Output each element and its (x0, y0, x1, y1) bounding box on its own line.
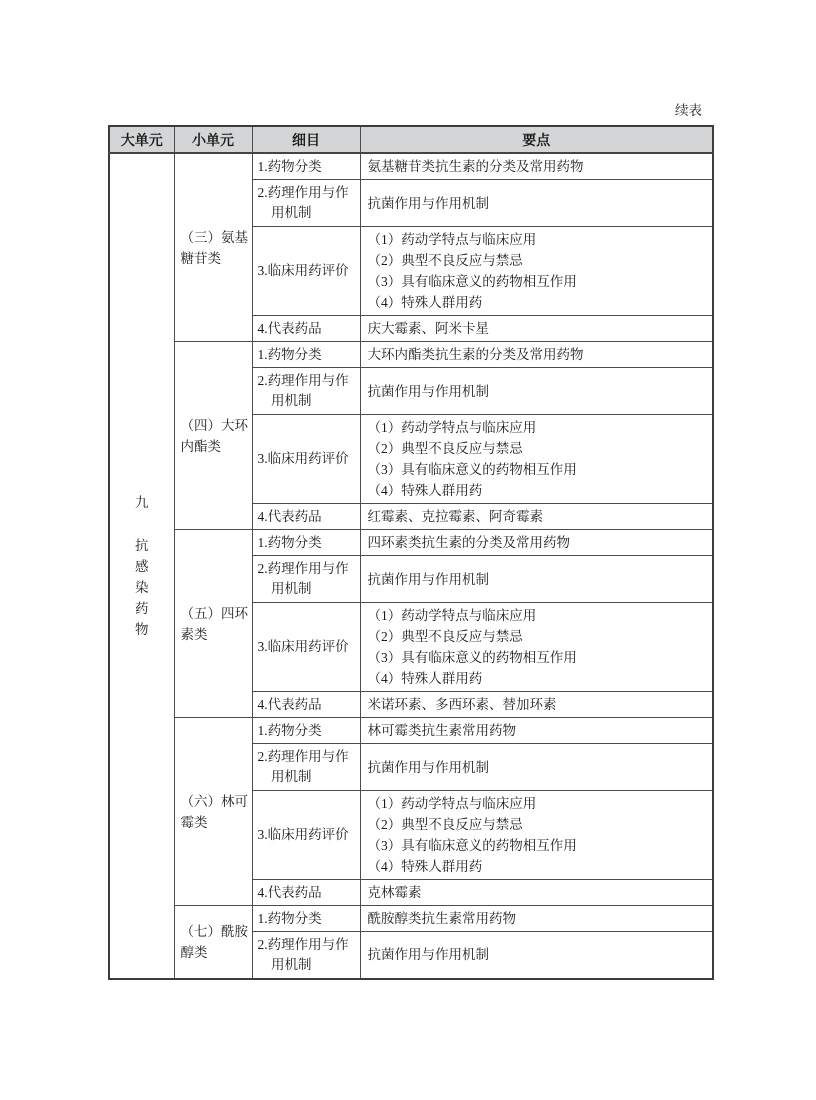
table-row: 九 抗感染药物 （三）氨基糖苷类 1.药物分类 氨基糖苷类抗生素的分类及常用药物 (109, 153, 713, 180)
detail-cell: 1.药物分类 (252, 153, 360, 180)
point-line: 抗菌作用与作用机制 (368, 381, 709, 402)
major-unit-name: 抗感染药物 (135, 535, 149, 640)
table-row: （四）大环内酯类 1.药物分类 大环内酯类抗生素的分类及常用药物 (109, 342, 713, 368)
detail-cell: 2.药理作用与作用机制 (252, 744, 360, 791)
points-cell: 克林霉素 (360, 880, 713, 906)
detail-cell: 2.药理作用与作用机制 (252, 368, 360, 415)
point-line: 四环素类抗生素的分类及常用药物 (368, 532, 709, 553)
point-line: 红霉素、克拉霉素、阿奇霉素 (368, 506, 709, 527)
point-line: 酰胺醇类抗生素常用药物 (368, 908, 709, 929)
detail-cell: 4.代表药品 (252, 316, 360, 342)
point-line: 大环内酯类抗生素的分类及常用药物 (368, 344, 709, 365)
point-line: （4）特殊人群用药 (368, 856, 709, 877)
detail-cell: 3.临床用药评价 (252, 415, 360, 504)
header-row: 大单元 小单元 细目 要点 (109, 126, 713, 153)
point-line: 林可霉类抗生素常用药物 (368, 720, 709, 741)
point-line: （2）典型不良反应与禁忌 (368, 626, 709, 647)
points-cell: 红霉素、克拉霉素、阿奇霉素 (360, 504, 713, 530)
major-unit-vertical-text: 九 抗感染药物 (110, 492, 174, 640)
point-line: （2）典型不良反应与禁忌 (368, 438, 709, 459)
subunit-cell: （三）氨基糖苷类 (174, 153, 252, 342)
point-line: （3）具有临床意义的药物相互作用 (368, 835, 709, 856)
points-cell: 抗菌作用与作用机制 (360, 180, 713, 227)
point-line: （2）典型不良反应与禁忌 (368, 250, 709, 271)
detail-cell: 2.药理作用与作用机制 (252, 932, 360, 979)
points-cell: （1）药动学特点与临床应用 （2）典型不良反应与禁忌 （3）具有临床意义的药物相… (360, 791, 713, 880)
detail-cell: 2.药理作用与作用机制 (252, 180, 360, 227)
point-line: 抗菌作用与作用机制 (368, 193, 709, 214)
table-row: （六）林可霉类 1.药物分类 林可霉类抗生素常用药物 (109, 718, 713, 744)
point-line: （4）特殊人群用药 (368, 292, 709, 313)
detail-cell: 4.代表药品 (252, 504, 360, 530)
point-line: （1）药动学特点与临床应用 (368, 417, 709, 438)
table-row: （七）酰胺醇类 1.药物分类 酰胺醇类抗生素常用药物 (109, 906, 713, 932)
point-line: （1）药动学特点与临床应用 (368, 605, 709, 626)
header-cell-sub-unit: 小单元 (174, 126, 252, 153)
points-cell: （1）药动学特点与临床应用 （2）典型不良反应与禁忌 （3）具有临床意义的药物相… (360, 603, 713, 692)
point-line: （4）特殊人群用药 (368, 480, 709, 501)
document-page: 续表 大单元 小单元 细目 要点 九 抗感染 (0, 0, 816, 1100)
points-cell: 酰胺醇类抗生素常用药物 (360, 906, 713, 932)
point-line: 抗菌作用与作用机制 (368, 757, 709, 778)
detail-cell: 3.临床用药评价 (252, 791, 360, 880)
points-cell: 抗菌作用与作用机制 (360, 556, 713, 603)
major-unit-cell: 九 抗感染药物 (109, 153, 174, 979)
detail-cell: 4.代表药品 (252, 692, 360, 718)
point-line: 抗菌作用与作用机制 (368, 944, 709, 965)
point-line: （4）特殊人群用药 (368, 668, 709, 689)
detail-cell: 2.药理作用与作用机制 (252, 556, 360, 603)
points-cell: （1）药动学特点与临床应用 （2）典型不良反应与禁忌 （3）具有临床意义的药物相… (360, 227, 713, 316)
detail-cell: 4.代表药品 (252, 880, 360, 906)
points-cell: 米诺环素、多西环素、替加环素 (360, 692, 713, 718)
points-cell: 抗菌作用与作用机制 (360, 368, 713, 415)
subunit-cell: （五）四环素类 (174, 530, 252, 718)
continued-table-label: 续表 (108, 102, 712, 119)
detail-cell: 1.药物分类 (252, 718, 360, 744)
detail-cell: 1.药物分类 (252, 530, 360, 556)
header-cell-major-unit: 大单元 (109, 126, 174, 153)
points-cell: 林可霉类抗生素常用药物 (360, 718, 713, 744)
points-cell: 氨基糖苷类抗生素的分类及常用药物 (360, 153, 713, 180)
point-line: （2）典型不良反应与禁忌 (368, 814, 709, 835)
subunit-cell: （六）林可霉类 (174, 718, 252, 906)
table-row: （五）四环素类 1.药物分类 四环素类抗生素的分类及常用药物 (109, 530, 713, 556)
point-line: （3）具有临床意义的药物相互作用 (368, 271, 709, 292)
point-line: 米诺环素、多西环素、替加环素 (368, 694, 709, 715)
table-block: 续表 大单元 小单元 细目 要点 九 抗感染 (108, 102, 712, 980)
header-cell-detail: 细目 (252, 126, 360, 153)
subunit-cell: （七）酰胺醇类 (174, 906, 252, 979)
point-line: 庆大霉素、阿米卡星 (368, 318, 709, 339)
detail-cell: 1.药物分类 (252, 342, 360, 368)
detail-cell: 3.临床用药评价 (252, 227, 360, 316)
point-line: （1）药动学特点与临床应用 (368, 793, 709, 814)
detail-cell: 3.临床用药评价 (252, 603, 360, 692)
syllabus-table: 大单元 小单元 细目 要点 九 抗感染药物 （三）氨基糖苷类 1. (108, 125, 714, 980)
points-cell: 抗菌作用与作用机制 (360, 932, 713, 979)
point-line: （3）具有临床意义的药物相互作用 (368, 459, 709, 480)
detail-cell: 1.药物分类 (252, 906, 360, 932)
major-unit-number: 九 (135, 492, 149, 513)
point-line: 氨基糖苷类抗生素的分类及常用药物 (368, 156, 709, 177)
points-cell: 抗菌作用与作用机制 (360, 744, 713, 791)
subunit-cell: （四）大环内酯类 (174, 342, 252, 530)
point-line: （3）具有临床意义的药物相互作用 (368, 647, 709, 668)
point-line: （1）药动学特点与临床应用 (368, 229, 709, 250)
points-cell: 庆大霉素、阿米卡星 (360, 316, 713, 342)
header-cell-points: 要点 (360, 126, 713, 153)
points-cell: （1）药动学特点与临床应用 （2）典型不良反应与禁忌 （3）具有临床意义的药物相… (360, 415, 713, 504)
points-cell: 大环内酯类抗生素的分类及常用药物 (360, 342, 713, 368)
point-line: 抗菌作用与作用机制 (368, 569, 709, 590)
point-line: 克林霉素 (368, 882, 709, 903)
points-cell: 四环素类抗生素的分类及常用药物 (360, 530, 713, 556)
